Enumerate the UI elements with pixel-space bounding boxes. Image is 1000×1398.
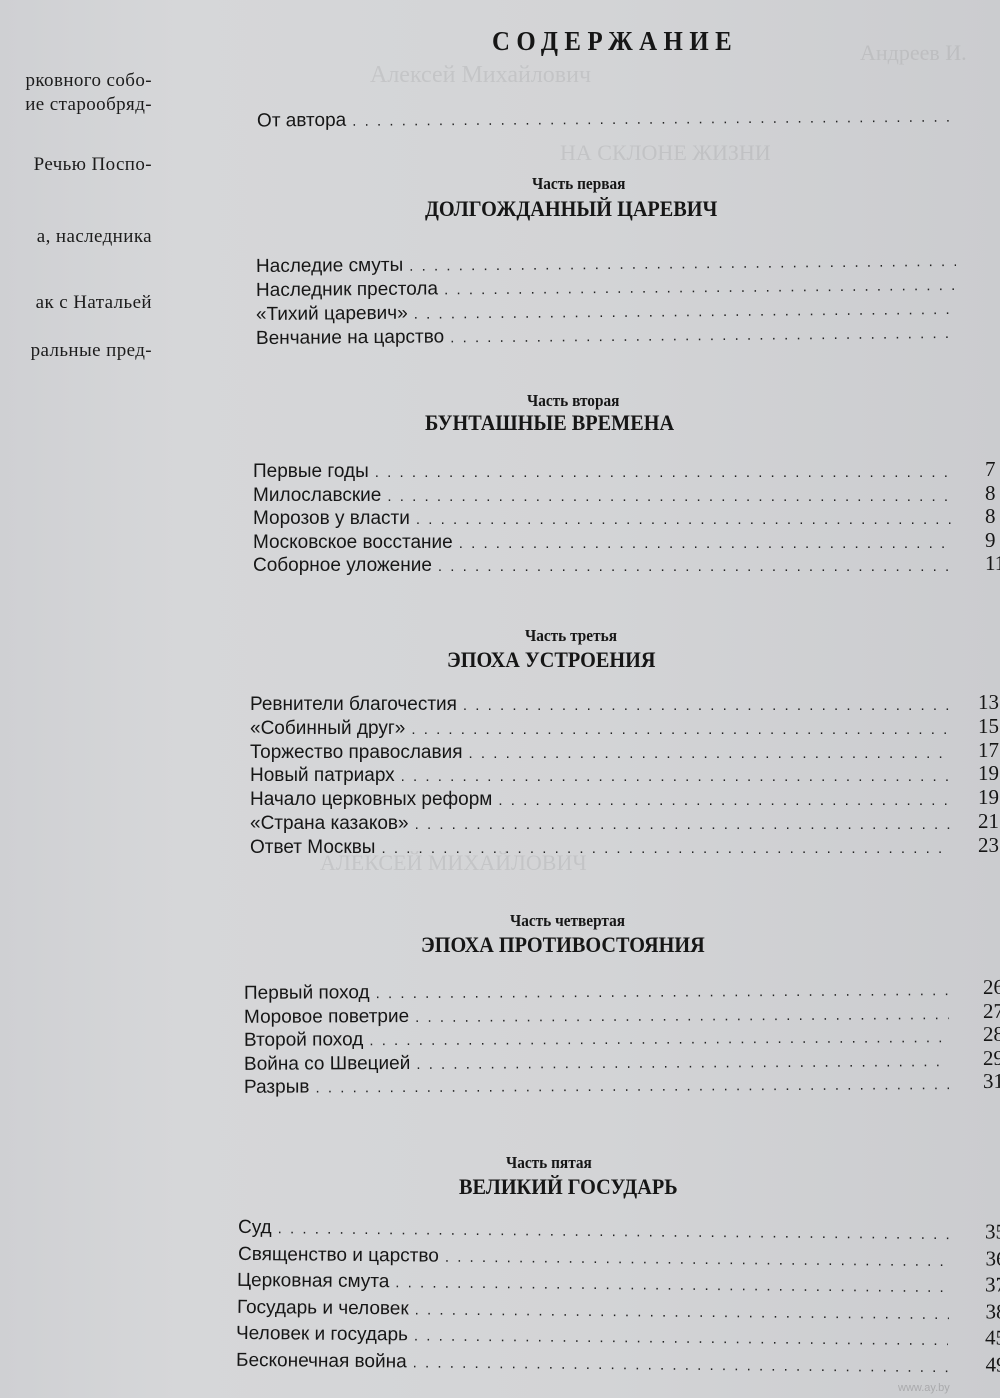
entry-title: Первые годы — [253, 460, 375, 484]
dot-leader: ........................................… — [414, 1324, 948, 1353]
part-label: Часть вторая — [527, 391, 619, 411]
entry-title: Наследие смуты — [256, 254, 409, 279]
part-title: ВЕЛИКИЙ ГОСУДАРЬ — [459, 1174, 678, 1200]
toc-entry[interactable]: Бесконечная война.......................… — [235, 1348, 947, 1378]
dot-leader: ........................................… — [444, 1245, 949, 1273]
page-number: 36 — [985, 1246, 1000, 1270]
page-number: 7 — [985, 457, 996, 481]
toc-entry[interactable]: Ответ Москвы............................… — [250, 836, 950, 860]
entry-title: «Страна казаков» — [250, 812, 415, 836]
dot-leader: ........................................… — [352, 106, 957, 134]
entry-title: Человек и государь — [236, 1322, 414, 1348]
page-number: 11 — [985, 551, 1000, 575]
page-number: 23 — [978, 833, 999, 857]
part-title: ЭПОХА ПРОТИВОСТОЯНИЯ — [421, 932, 705, 958]
dot-leader: ........................................… — [415, 813, 950, 837]
page-number: 9 — [985, 528, 996, 552]
dot-leader: ........................................… — [401, 765, 950, 789]
entry-title: «Собинный друг» — [250, 717, 411, 741]
entry-title: Бесконечная война — [235, 1348, 412, 1374]
watermark: www.ay.by — [898, 1382, 950, 1394]
table-of-contents: СОДЕРЖАНИЕ От автора ...................… — [0, 0, 1000, 1398]
dot-leader: ........................................… — [414, 1298, 948, 1327]
page-number: 15 — [978, 714, 999, 738]
entry-title: Милославские — [253, 484, 387, 508]
toc-entry[interactable]: Второй поход............................… — [244, 1025, 949, 1053]
part-label: Часть первая — [532, 174, 625, 194]
page-number: 17 — [978, 738, 999, 762]
part-title: ЭПОХА УСТРОЕНИЯ — [447, 647, 655, 673]
toc-entry[interactable]: «Страна казаков»........................… — [250, 812, 950, 836]
page-number: 49 — [985, 1352, 1000, 1376]
page-number: 31 — [983, 1069, 1000, 1093]
toc-entry[interactable]: Соборное уложение.......................… — [253, 554, 953, 578]
toc-entry[interactable]: Начало церковных реформ.................… — [250, 788, 950, 812]
dot-leader: ........................................… — [381, 837, 950, 861]
page-number: 19 — [978, 785, 999, 809]
entry-title: Ревнители благочестия — [250, 693, 463, 717]
entry-title: От автора — [257, 109, 352, 134]
dot-leader: ........................................… — [315, 1073, 949, 1100]
page-number: 8 — [985, 504, 996, 528]
page-number: 28 — [983, 1022, 1000, 1046]
entry-title: «Тихий царевич» — [256, 302, 414, 327]
entry-title: Война со Швецией — [244, 1051, 416, 1076]
page-number: 45 — [985, 1325, 1000, 1349]
toc-entry[interactable]: Торжество православия...................… — [250, 741, 950, 765]
toc-entry[interactable]: Московское восстание....................… — [253, 531, 953, 555]
entry-title: Московское восстание — [253, 531, 459, 555]
dot-leader: ........................................… — [450, 322, 956, 350]
entry-title: Венчание на царство — [256, 325, 450, 351]
toc-entry[interactable]: Ревнители благочестия...................… — [250, 693, 950, 717]
dot-leader: ........................................… — [438, 555, 953, 579]
entry-title: Государь и человек — [236, 1295, 414, 1321]
entry-title: Моровое поветрие — [244, 1004, 415, 1029]
page-number: 35 — [985, 1219, 1000, 1243]
page-number: 38 — [985, 1299, 1000, 1323]
entry-title: Начало церковных реформ — [250, 788, 498, 812]
page-number: 27 — [983, 998, 1000, 1022]
dot-leader: ........................................… — [463, 694, 950, 718]
toc-entry[interactable]: Суд.....................................… — [238, 1216, 950, 1246]
entry-title: Ответ Москвы — [250, 836, 381, 860]
entry-title: Торжество православия — [250, 741, 468, 765]
page-number: 19 — [978, 761, 999, 785]
dot-leader: ........................................… — [395, 1271, 949, 1300]
page-number: 29 — [983, 1045, 1000, 1069]
page-number: 8 — [985, 481, 996, 505]
dot-leader: ........................................… — [411, 718, 950, 742]
entry-title: Священство и царство — [237, 1242, 444, 1268]
page-number: 13 — [978, 690, 999, 714]
toc-entry[interactable]: Первые годы.............................… — [253, 460, 953, 484]
entry-title: Первый поход — [244, 981, 376, 1006]
dot-leader: ........................................… — [387, 485, 953, 509]
toc-entry[interactable]: Священство и царство....................… — [237, 1242, 949, 1272]
dot-leader: ........................................… — [468, 742, 950, 766]
part-label: Часть пятая — [506, 1153, 592, 1173]
page-number: 37 — [985, 1272, 1000, 1296]
toc-entry[interactable]: Морозов у власти........................… — [253, 507, 953, 531]
entry-title: Второй поход — [244, 1028, 369, 1053]
toc-entry[interactable]: Разрыв..................................… — [244, 1072, 949, 1100]
toc-entry[interactable]: Первый поход............................… — [244, 978, 949, 1006]
entry-title: Суд — [238, 1216, 278, 1240]
dot-leader: ........................................… — [459, 532, 953, 556]
toc-entry[interactable]: Новый патриарх..........................… — [250, 764, 950, 788]
entry-title: Новый патриарх — [250, 764, 401, 788]
dot-leader: ........................................… — [416, 508, 953, 532]
page-number: 21 — [978, 809, 999, 833]
toc-entry[interactable]: Государь и человек......................… — [236, 1295, 948, 1325]
toc-entry[interactable]: «Собинный друг».........................… — [250, 717, 950, 741]
part-title: ДОЛГОЖДАННЫЙ ЦАРЕВИЧ — [425, 196, 717, 222]
part-label: Часть четвертая — [510, 911, 625, 931]
toc-entry[interactable]: Человек и государь......................… — [236, 1322, 948, 1352]
page-title: СОДЕРЖАНИЕ — [492, 26, 738, 57]
dot-leader: ........................................… — [498, 789, 950, 813]
dot-leader: ........................................… — [375, 461, 953, 485]
entry-title: Соборное уложение — [253, 554, 438, 578]
toc-entry[interactable]: Милославские............................… — [253, 484, 953, 508]
toc-entry[interactable]: Церковная смута.........................… — [237, 1269, 949, 1299]
toc-entry[interactable]: Венчание на царство.....................… — [256, 321, 956, 351]
entry-title: Церковная смута — [237, 1269, 396, 1294]
page-number: 26 — [983, 975, 1000, 999]
part-label: Часть третья — [525, 626, 617, 646]
entry-title: Наследник престола — [256, 277, 444, 303]
dot-leader: ........................................… — [278, 1217, 950, 1247]
toc-entry-preface[interactable]: От автора ..............................… — [257, 105, 957, 134]
entry-title: Морозов у власти — [253, 507, 416, 531]
entry-title: Разрыв — [244, 1075, 316, 1099]
part-title: БУНТАШНЫЕ ВРЕМЕНА — [425, 410, 674, 436]
dot-leader: ........................................… — [412, 1351, 947, 1380]
